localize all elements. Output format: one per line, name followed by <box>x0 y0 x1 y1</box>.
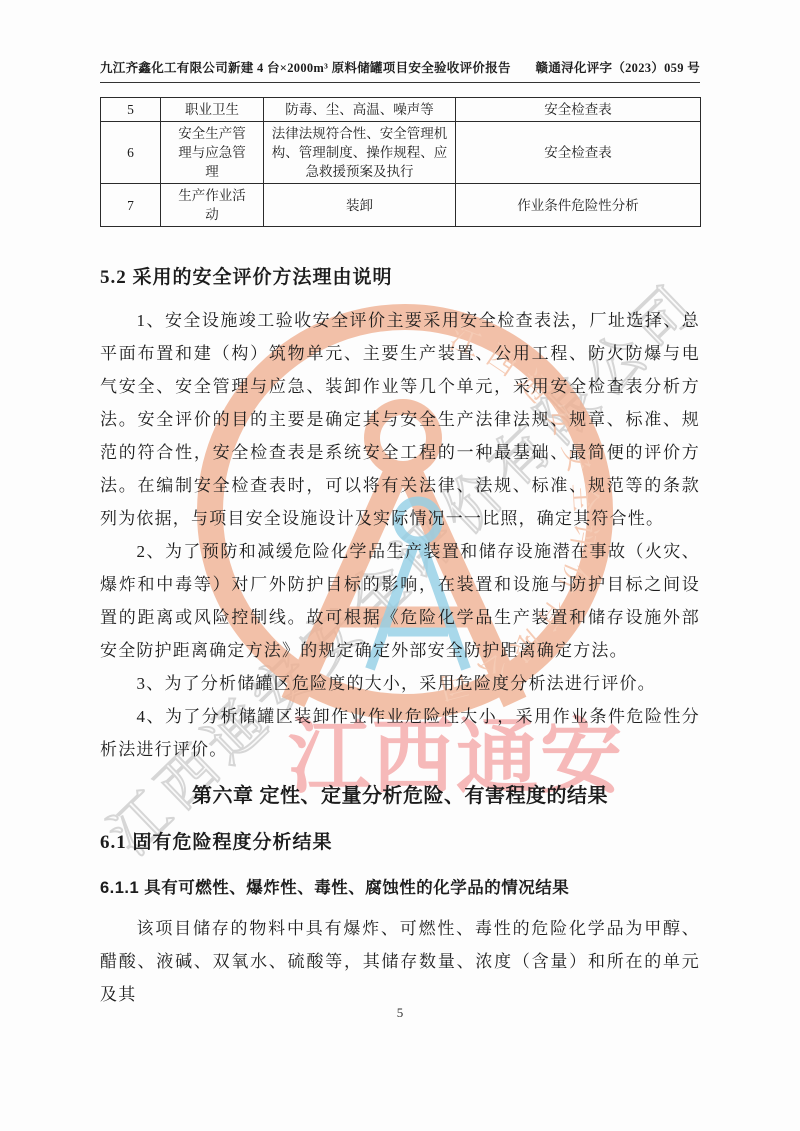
cell-content: 法律法规符合性、安全管理机构、管理制度、操作规程、应急救援预案及执行 <box>264 122 456 184</box>
body-flow: 5.2 采用的安全评价方法理由说明 1、安全设施竣工验收安全评价主要采用安全检查… <box>100 220 700 1011</box>
paragraph-1: 1、安全设施竣工验收安全评价主要采用安全检查表法，厂址选择、总平面布置和建（构）… <box>100 304 700 535</box>
section-5-2-heading: 5.2 采用的安全评价方法理由说明 <box>100 265 700 291</box>
header-report-title: 九江齐鑫化工有限公司新建 4 台×2000m³ 原料储罐项目安全验收评价报告 <box>100 58 511 76</box>
cell-method: 安全检查表 <box>456 122 701 184</box>
document-page: 江西通安安全评价有限公司 江西通安安全评价有限公司 江西通安 九江齐鑫化工有限公… <box>0 0 800 1131</box>
table-row: 6 安全生产管理与应急管理 法律法规符合性、安全管理机构、管理制度、操作规程、应… <box>101 122 701 184</box>
content-layer: 九江齐鑫化工有限公司新建 4 台×2000m³ 原料储罐项目安全验收评价报告 赣… <box>0 0 800 1131</box>
evaluation-methods-table: 5 职业卫生 防毒、尘、高温、噪声等 安全检查表 6 安全生产管理与应急管理 法… <box>100 97 701 227</box>
header-doc-number: 赣通浔化评字（2023）059 号 <box>536 58 700 76</box>
chapter-6-heading: 第六章 定性、定量分析危险、有害程度的结果 <box>100 782 700 810</box>
paragraph-2: 2、为了预防和减缓危险化学品生产装置和储存设施潜在事故（火灾、爆炸和中毒等）对厂… <box>100 535 700 667</box>
cell-row-number: 6 <box>101 122 161 184</box>
paragraph-3: 3、为了分析储罐区危险度的大小，采用危险度分析法进行评价。 <box>100 667 700 700</box>
page-header: 九江齐鑫化工有限公司新建 4 台×2000m³ 原料储罐项目安全验收评价报告 赣… <box>100 58 700 83</box>
paragraph-4: 4、为了分析储罐区装卸作业作业危险性大小，采用作业条件危险性分析法进行评价。 <box>100 700 700 766</box>
paragraph-5: 该项目储存的物料中具有爆炸、可燃性、毒性的危险化学品为甲醇、醋酸、液碱、双氧水、… <box>100 912 700 1011</box>
page-number: 5 <box>0 1005 800 1021</box>
cell-row-number: 5 <box>101 98 161 122</box>
section-6-1-heading: 6.1 固有危险程度分析结果 <box>100 830 700 856</box>
cell-unit: 职业卫生 <box>161 98 264 122</box>
cell-content: 防毒、尘、高温、噪声等 <box>264 98 456 122</box>
cell-unit: 安全生产管理与应急管理 <box>161 122 264 184</box>
table-row: 5 职业卫生 防毒、尘、高温、噪声等 安全检查表 <box>101 98 701 122</box>
section-6-1-1-heading: 6.1.1 具有可燃性、爆炸性、毒性、腐蚀性的化学品的情况结果 <box>100 877 700 899</box>
cell-method: 安全检查表 <box>456 98 701 122</box>
